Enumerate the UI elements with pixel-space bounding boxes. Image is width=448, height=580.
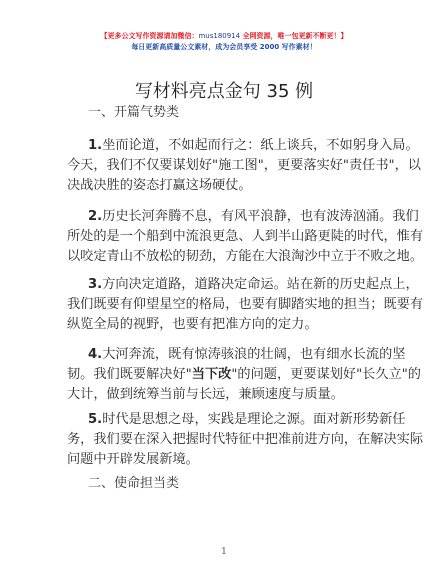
promo-text-right: 全网资源，唯一包更新不断更！】 bbox=[240, 32, 347, 40]
paragraph-1: 1.坐而论道，不如起而行之：纸上谈兵，不如躬身入局。 今天，我们不仅要谋划好"施… bbox=[67, 136, 387, 196]
line-text: 时代是思想之母，实践是理论之源。面对新形势新任 bbox=[102, 412, 405, 427]
item-number: 2. bbox=[88, 209, 102, 224]
line-text: "的问题，更要谋划好"长久立"的 bbox=[231, 367, 421, 382]
line-text: 历史长河奔腾不息，有风平浪静，也有波涛汹涌。我们 bbox=[102, 209, 419, 224]
paragraph-line: 大计，做到统筹当前与长远，兼顾速度与质量。 bbox=[67, 385, 387, 405]
paragraph-line: 5.时代是思想之母，实践是理论之源。面对新形势新任 bbox=[67, 410, 387, 430]
paragraph-4: 4.大河奔流，既有惊涛骇浪的壮阔，也有细水长流的坚 韧。我们既要解决好"当下改"… bbox=[67, 345, 387, 405]
paragraph-line: 4.大河奔流，既有惊涛骇浪的壮阔，也有细水长流的坚 bbox=[67, 345, 387, 365]
promo-banner-line2: 每日更新高质量公文素材，成为会员享受 2000 写作素材！ bbox=[0, 42, 448, 52]
document-title: 写材料亮点金句 35 例 bbox=[0, 80, 448, 104]
paragraph-line: 纵览全局的视野，也要有把准方向的定力。 bbox=[67, 315, 387, 335]
paragraph-line: 问题中开辟发展新境。 bbox=[67, 450, 387, 470]
paragraph-line: 韧。我们既要解决好"当下改"的问题，更要谋划好"长久立"的 bbox=[67, 365, 387, 385]
paragraph-line: 2.历史长河奔腾不息，有风平浪静，也有波涛汹涌。我们 bbox=[67, 207, 387, 227]
paragraph-line: 以咬定青山不放松的韧劲，方能在大浪淘沙中立于不败之地。 bbox=[67, 247, 387, 267]
line-text: 坐而论道，不如起而行之：纸上谈兵，不如躬身入局。 bbox=[102, 138, 419, 153]
promo-wechat-id: mus180914 bbox=[198, 32, 240, 40]
emphasis-text: 当下改 bbox=[192, 367, 232, 382]
page-number: 1 bbox=[0, 547, 448, 557]
paragraph-line: 3.方向决定道路，道路决定命运。站在新的历史起点上， bbox=[67, 275, 387, 295]
paragraph-line: 决战决胜的姿态打赢这场硬仗。 bbox=[67, 176, 387, 196]
item-number: 4. bbox=[88, 347, 102, 362]
line-text: 大河奔流，既有惊涛骇浪的壮阔，也有细水长流的坚 bbox=[102, 347, 405, 362]
promo-banner-line1: 【更多公文写作资源请加微信：mus180914 全网资源，唯一包更新不断更！】 bbox=[0, 31, 448, 41]
section-heading-1: 一、开篇气势类 bbox=[88, 104, 179, 122]
promo-text-left: 【更多公文写作资源请加微信： bbox=[100, 32, 198, 40]
line-text: 韧。我们既要解决好" bbox=[67, 367, 192, 382]
section-heading-2: 二、使命担当类 bbox=[88, 475, 179, 493]
item-number: 1. bbox=[88, 138, 102, 153]
paragraph-line: 务，我们要在深入把握时代特征中把准前进方向，在解决实际 bbox=[67, 430, 387, 450]
paragraph-line: 今天，我们不仅要谋划好"施工图"，更要落实好"责任书"，以 bbox=[67, 156, 387, 176]
document-page: 【更多公文写作资源请加微信：mus180914 全网资源，唯一包更新不断更！】 … bbox=[0, 0, 448, 580]
paragraph-line: 我们既要有仰望星空的格局，也要有脚踏实地的担当；既要有 bbox=[67, 295, 387, 315]
item-number: 3. bbox=[88, 277, 102, 292]
item-number: 5. bbox=[88, 412, 102, 427]
paragraph-2: 2.历史长河奔腾不息，有风平浪静，也有波涛汹涌。我们 所处的是一个船到中流浪更急… bbox=[67, 207, 387, 267]
line-text: 方向决定道路，道路决定命运。站在新的历史起点上， bbox=[102, 277, 419, 292]
paragraph-3: 3.方向决定道路，道路决定命运。站在新的历史起点上， 我们既要有仰望星空的格局，… bbox=[67, 275, 387, 335]
paragraph-line: 所处的是一个船到中流浪更急、人到半山路更陡的时代，惟有 bbox=[67, 227, 387, 247]
paragraph-5: 5.时代是思想之母，实践是理论之源。面对新形势新任 务，我们要在深入把握时代特征… bbox=[67, 410, 387, 470]
paragraph-line: 1.坐而论道，不如起而行之：纸上谈兵，不如躬身入局。 bbox=[67, 136, 387, 156]
